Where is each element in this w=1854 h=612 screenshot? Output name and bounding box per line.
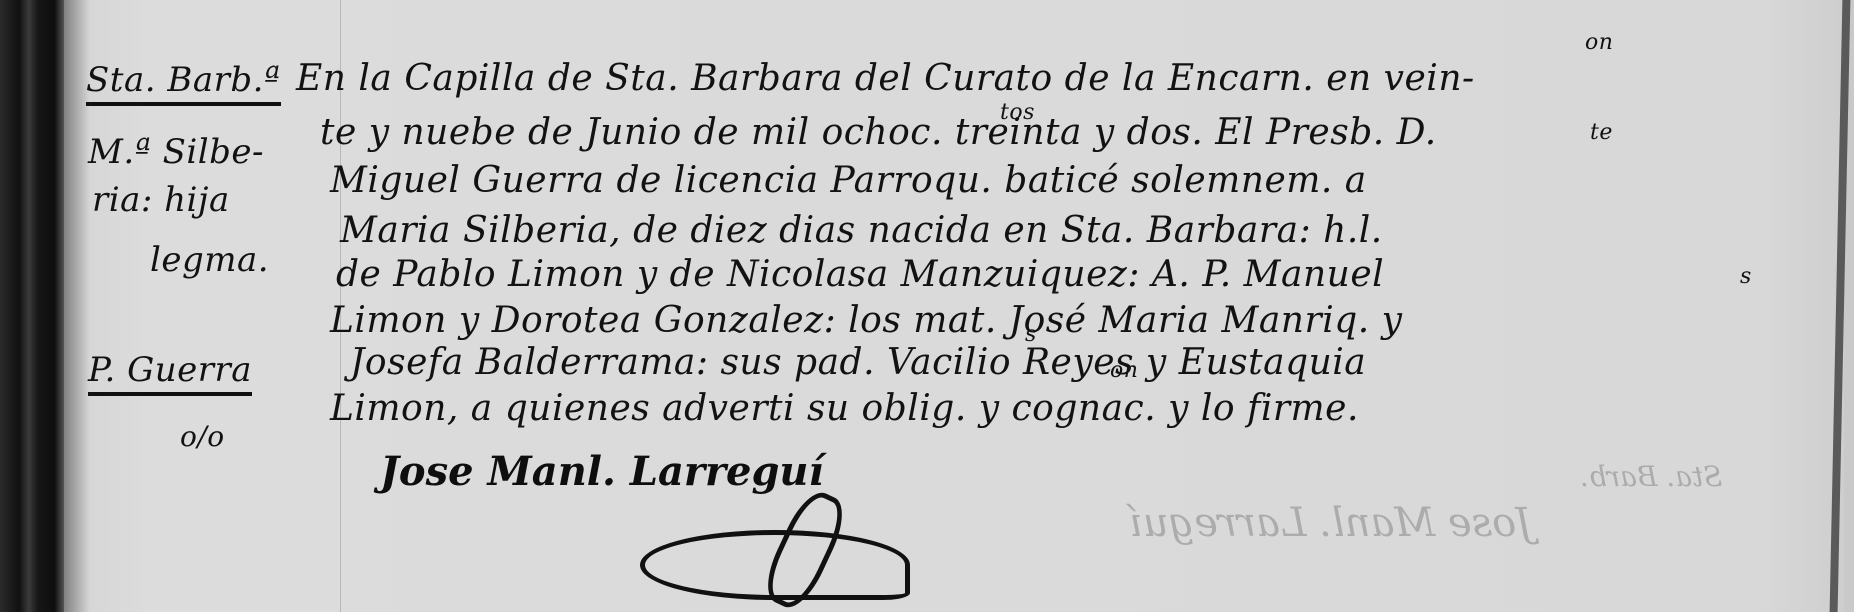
entry-line-text: Miguel Guerra de licencia Parroqu. batic… [330,160,1367,201]
bleed-through-signature: Jose Manl. Larreguí [1130,500,1532,546]
margin-place: Sta. Barb.ª [86,60,281,106]
entry-line-3: Miguel Guerra de licencia Parroqu. batic… [330,160,1367,201]
entry-line-text: de Pablo Limon y de Nicolasa Manzuiquez:… [336,254,1384,295]
document-scan: Jose Manl. Larreguí Sta. Barb. Sta. Barb… [0,0,1854,612]
entry-line-8: Limon, a quienes adverti su oblig. y cog… [330,388,1359,429]
entry-line-2-superscript: tos [1000,100,1035,125]
book-binding [0,0,64,612]
margin-legitimacy: legma. [150,240,269,280]
entry-line-text: Limon y Dorotea Gonzalez: los mat. José … [330,300,1402,341]
entry-line-2: te y nuebe de Junio de mil ochoc. treint… [320,112,1437,153]
bleed-through-fragment: Sta. Barb. [1580,460,1722,493]
entry-line-7: Josefa Balderrama: sus pad. Vacilio Reye… [350,342,1366,383]
entry-line-text: En la Capilla de Sta. Barbara del Curato… [296,58,1475,99]
margin-folio-mark: o/o [180,420,225,453]
entry-line-1: En la Capilla de Sta. Barbara del Curato… [296,58,1475,99]
entry-line-1-superscript: on [1585,30,1613,55]
priest-signature: Jose Manl. Larreguí [380,448,824,495]
entry-line-5: de Pablo Limon y de Nicolasa Manzuiquez:… [336,254,1384,295]
entry-line-4: Maria Silberia, de diez dias nacida en S… [340,210,1383,251]
entry-line-text: Limon, a quienes adverti su oblig. y cog… [330,388,1359,429]
entry-line-6-superscript: s [1740,264,1752,289]
margin-priest: P. Guerra [88,350,252,396]
entry-line-text: Josefa Balderrama: sus pad. Vacilio Reye… [350,342,1366,383]
margin-name-line2: ria: hija [92,180,230,220]
entry-line-3-superscript: te [1590,120,1613,145]
entry-line-text: Maria Silberia, de diez dias nacida en S… [340,210,1383,251]
margin-name-line1: M.ª Silbe- [88,132,264,172]
entry-line-7-superscript: s [1025,322,1037,347]
entry-line-6: Limon y Dorotea Gonzalez: los mat. José … [330,300,1402,341]
entry-line-text: te y nuebe de Junio de mil ochoc. treint… [320,112,1437,153]
entry-line-8-superscript: on [1110,358,1138,383]
